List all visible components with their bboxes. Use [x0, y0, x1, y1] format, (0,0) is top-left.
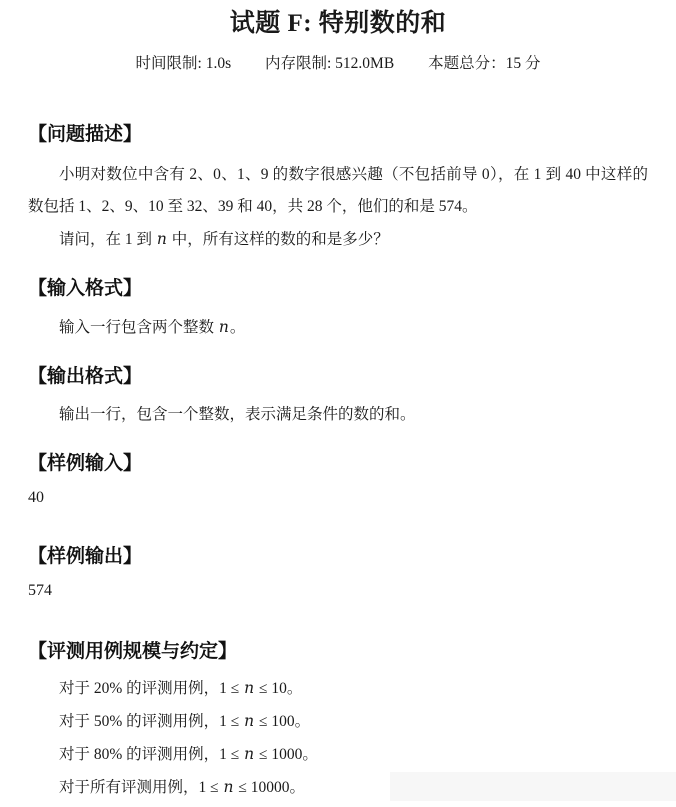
constraint-line-80: 对于 80% 的评测用例，1 ≤ n ≤ 1000。 — [28, 738, 648, 771]
constraint-line-all: 对于所有评测用例，1 ≤ n ≤ 10000。 — [28, 771, 648, 804]
paragraph-text: 中，所有这样的数的和是多少？ — [168, 231, 389, 248]
sample-output-value: 574 — [28, 581, 648, 601]
paragraph-text: ≤ 10。 — [255, 680, 302, 697]
limits-line: 时间限制: 1.0s 内存限制: 512.0MB 本题总分：15 分 — [28, 54, 648, 74]
sample-input-value: 40 — [28, 488, 648, 508]
description-paragraph-2: 请问，在 1 到 n 中，所有这样的数的和是多少？ — [28, 223, 648, 256]
paragraph-text: 对于 50% 的评测用例，1 ≤ — [59, 713, 243, 730]
variable-n: n — [156, 230, 168, 248]
input-format-line: 输入一行包含两个整数 n。 — [28, 311, 648, 344]
variable-n: n — [243, 745, 255, 763]
variable-n: n — [243, 712, 255, 730]
paragraph-text: 对于 80% 的评测用例，1 ≤ — [59, 746, 243, 763]
problem-document: 试题 F: 特别数的和 时间限制: 1.0s 内存限制: 512.0MB 本题总… — [0, 0, 676, 807]
paragraph-text: 对于 20% 的评测用例，1 ≤ — [59, 680, 243, 697]
constraint-line-20: 对于 20% 的评测用例，1 ≤ n ≤ 10。 — [28, 672, 648, 705]
heading-problem-description: 【问题描述】 — [28, 122, 648, 148]
heading-sample-output: 【样例输出】 — [28, 544, 648, 570]
paragraph-text: 。 — [230, 319, 246, 336]
paragraph-text: ≤ 100。 — [255, 713, 310, 730]
paragraph-text: 输入一行包含两个整数 — [59, 319, 218, 336]
variable-n: n — [218, 318, 230, 336]
variable-n: n — [223, 778, 235, 796]
paragraph-text: ≤ 1000。 — [255, 746, 318, 763]
total-score: 本题总分：15 分 — [428, 54, 540, 74]
memory-limit: 内存限制: 512.0MB — [265, 54, 394, 74]
constraint-line-50: 对于 50% 的评测用例，1 ≤ n ≤ 100。 — [28, 705, 648, 738]
page-title: 试题 F: 特别数的和 — [28, 8, 648, 40]
description-paragraph-1: 小明对数位中含有 2、0、1、9 的数字很感兴趣（不包括前导 0），在 1 到 … — [28, 159, 648, 223]
constraint-list: 对于 20% 的评测用例，1 ≤ n ≤ 10。 对于 50% 的评测用例，1 … — [28, 672, 648, 804]
paragraph-text: ≤ 10000。 — [235, 779, 306, 796]
paragraph-text: 对于所有评测用例，1 ≤ — [59, 779, 223, 796]
document-content: 试题 F: 特别数的和 时间限制: 1.0s 内存限制: 512.0MB 本题总… — [28, 8, 648, 804]
time-limit: 时间限制: 1.0s — [136, 54, 232, 74]
heading-constraints: 【评测用例规模与约定】 — [28, 639, 648, 665]
heading-output-format: 【输出格式】 — [28, 364, 648, 390]
output-format-line: 输出一行，包含一个整数，表示满足条件的数的和。 — [28, 399, 648, 431]
paragraph-text: 请问，在 1 到 — [59, 231, 156, 248]
heading-sample-input: 【样例输入】 — [28, 451, 648, 477]
variable-n: n — [243, 679, 255, 697]
heading-input-format: 【输入格式】 — [28, 276, 648, 302]
